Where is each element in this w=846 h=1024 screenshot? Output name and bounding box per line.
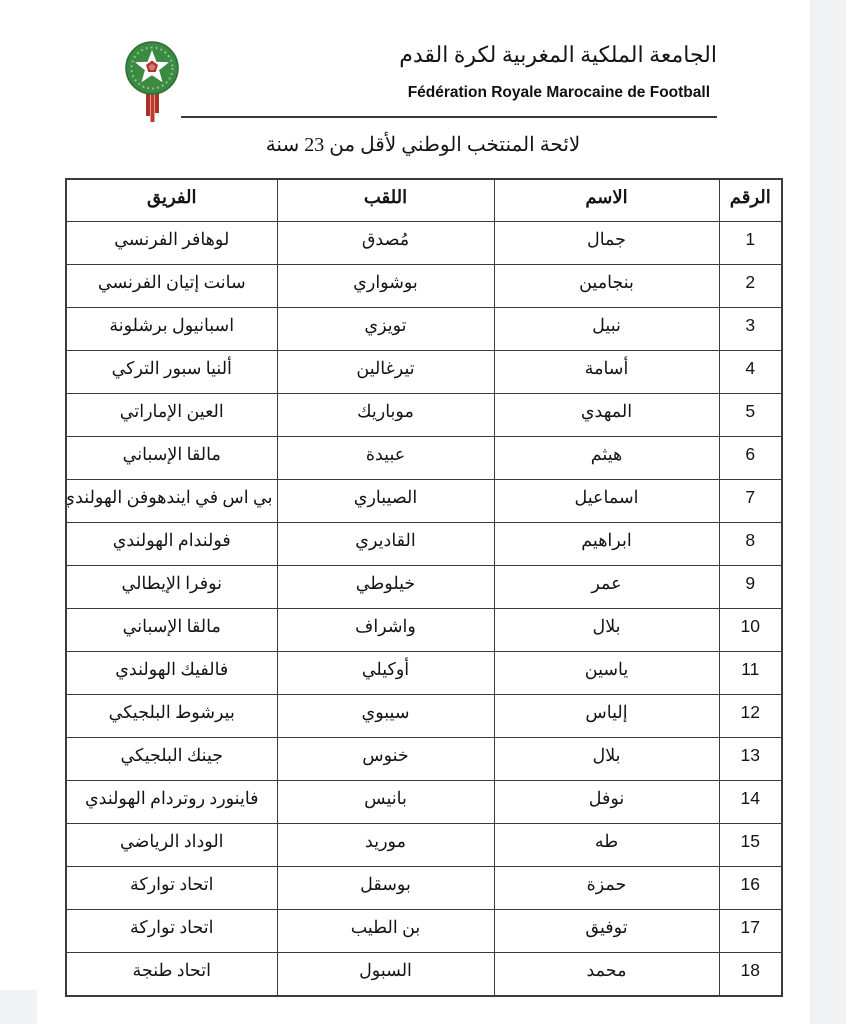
cell-name: إلياس — [494, 695, 719, 738]
cell-team: فالفيك الهولندي — [66, 652, 277, 695]
cell-surname: موريد — [277, 824, 494, 867]
cell-team: لوهافر الفرنسي — [66, 222, 277, 265]
cell-team: اتحاد تواركة — [66, 910, 277, 953]
header-divider — [181, 116, 717, 118]
cell-number: 9 — [719, 566, 782, 609]
cell-surname: الصيباري — [277, 480, 494, 523]
table-row: 4 أسامة تيرغالين ألنيا سبور التركي — [66, 351, 782, 394]
table-row: 13 بلال خنوس جينك البلجيكي — [66, 738, 782, 781]
cell-team: سانت إتيان الفرنسي — [66, 265, 277, 308]
table-row: 8 ابراهيم القاديري فولندام الهولندي — [66, 523, 782, 566]
cell-team: اسبانيول برشلونة — [66, 308, 277, 351]
cell-number: 10 — [719, 609, 782, 652]
cell-number: 17 — [719, 910, 782, 953]
cell-number: 6 — [719, 437, 782, 480]
table-row: 15 طه موريد الوداد الرياضي — [66, 824, 782, 867]
cell-name: عمر — [494, 566, 719, 609]
cell-number: 7 — [719, 480, 782, 523]
cell-name: جمال — [494, 222, 719, 265]
table-row: 10 بلال واشراف مالقا الإسباني — [66, 609, 782, 652]
cell-number: 12 — [719, 695, 782, 738]
cell-surname: بانيس — [277, 781, 494, 824]
cell-team: بي اس في ايندهوفن الهولندي — [66, 480, 277, 523]
cell-surname: أوكيلي — [277, 652, 494, 695]
cell-name: بلال — [494, 609, 719, 652]
cell-team: مالقا الإسباني — [66, 437, 277, 480]
col-header-number: الرقم — [719, 179, 782, 222]
cell-name: محمد — [494, 953, 719, 997]
cell-surname: عبيدة — [277, 437, 494, 480]
cell-name: بلال — [494, 738, 719, 781]
viewer-margin-right — [810, 0, 846, 1024]
table-row: 7 اسماعيل الصيباري بي اس في ايندهوفن اله… — [66, 480, 782, 523]
table-row: 1 جمال مُصدق لوهافر الفرنسي — [66, 222, 782, 265]
cell-name: هيثم — [494, 437, 719, 480]
cell-surname: موباريك — [277, 394, 494, 437]
cell-team: نوفرا الإيطالي — [66, 566, 277, 609]
cell-name: نبيل — [494, 308, 719, 351]
cell-number: 3 — [719, 308, 782, 351]
cell-team: فولندام الهولندي — [66, 523, 277, 566]
table-row: 14 نوفل بانيس فاينورد روتردام الهولندي — [66, 781, 782, 824]
cell-surname: خيلوطي — [277, 566, 494, 609]
cell-name: حمزة — [494, 867, 719, 910]
cell-name: توفيق — [494, 910, 719, 953]
cell-team: اتحاد تواركة — [66, 867, 277, 910]
cell-number: 8 — [719, 523, 782, 566]
cell-surname: تيرغالين — [277, 351, 494, 394]
viewer-margin-bottom-left — [0, 990, 37, 1024]
cell-team: ألنيا سبور التركي — [66, 351, 277, 394]
cell-number: 15 — [719, 824, 782, 867]
players-table: الرقم الاسم اللقب الفريق 1 جمال مُصدق لو… — [65, 178, 783, 997]
cell-number: 14 — [719, 781, 782, 824]
cell-surname: خنوس — [277, 738, 494, 781]
cell-name: أسامة — [494, 351, 719, 394]
cell-number: 11 — [719, 652, 782, 695]
table-row: 12 إلياس سيبوي بيرشوط البلجيكي — [66, 695, 782, 738]
cell-name: نوفل — [494, 781, 719, 824]
cell-team: جينك البلجيكي — [66, 738, 277, 781]
table-row: 9 عمر خيلوطي نوفرا الإيطالي — [66, 566, 782, 609]
cell-number: 13 — [719, 738, 782, 781]
cell-surname: بن الطيب — [277, 910, 494, 953]
cell-surname: القاديري — [277, 523, 494, 566]
cell-number: 2 — [719, 265, 782, 308]
col-header-name: الاسم — [494, 179, 719, 222]
col-header-team: الفريق — [66, 179, 277, 222]
frmf-logo-icon — [124, 40, 182, 132]
cell-surname: مُصدق — [277, 222, 494, 265]
federation-name-french: Fédération Royale Marocaine de Football — [190, 84, 710, 102]
cell-number: 4 — [719, 351, 782, 394]
document-page: الجامعة الملكية المغربية لكرة القدم Fédé… — [0, 0, 846, 1024]
table-row: 18 محمد السبول اتحاد طنجة — [66, 953, 782, 997]
cell-team: الوداد الرياضي — [66, 824, 277, 867]
cell-name: المهدي — [494, 394, 719, 437]
cell-surname: تويزي — [277, 308, 494, 351]
col-header-surname: اللقب — [277, 179, 494, 222]
table-row: 16 حمزة بوسقل اتحاد تواركة — [66, 867, 782, 910]
cell-number: 1 — [719, 222, 782, 265]
cell-name: بنجامين — [494, 265, 719, 308]
table-row: 17 توفيق بن الطيب اتحاد تواركة — [66, 910, 782, 953]
cell-team: فاينورد روتردام الهولندي — [66, 781, 277, 824]
cell-number: 5 — [719, 394, 782, 437]
cell-surname: سيبوي — [277, 695, 494, 738]
table-header-row: الرقم الاسم اللقب الفريق — [66, 179, 782, 222]
federation-name-arabic: الجامعة الملكية المغربية لكرة القدم — [197, 40, 717, 70]
cell-team: العين الإماراتي — [66, 394, 277, 437]
table-row: 5 المهدي موباريك العين الإماراتي — [66, 394, 782, 437]
cell-name: طه — [494, 824, 719, 867]
cell-surname: واشراف — [277, 609, 494, 652]
cell-name: اسماعيل — [494, 480, 719, 523]
cell-team: مالقا الإسباني — [66, 609, 277, 652]
table-row: 2 بنجامين بوشواري سانت إتيان الفرنسي — [66, 265, 782, 308]
cell-name: ابراهيم — [494, 523, 719, 566]
cell-surname: السبول — [277, 953, 494, 997]
cell-number: 16 — [719, 867, 782, 910]
table-row: 3 نبيل تويزي اسبانيول برشلونة — [66, 308, 782, 351]
players-table-body: 1 جمال مُصدق لوهافر الفرنسي 2 بنجامين بو… — [66, 222, 782, 997]
cell-name: ياسين — [494, 652, 719, 695]
page-title: لائحة المنتخب الوطني لأقل من 23 سنة — [65, 132, 781, 157]
cell-number: 18 — [719, 953, 782, 997]
cell-team: اتحاد طنجة — [66, 953, 277, 997]
table-row: 6 هيثم عبيدة مالقا الإسباني — [66, 437, 782, 480]
cell-surname: بوسقل — [277, 867, 494, 910]
table-row: 11 ياسين أوكيلي فالفيك الهولندي — [66, 652, 782, 695]
cell-surname: بوشواري — [277, 265, 494, 308]
cell-team: بيرشوط البلجيكي — [66, 695, 277, 738]
